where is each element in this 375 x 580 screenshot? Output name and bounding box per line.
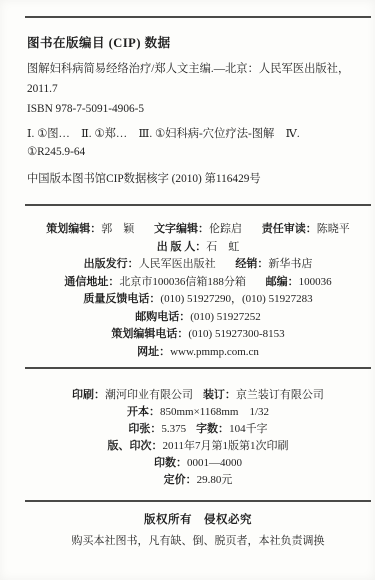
cip-registry-number: 中国版本图书馆CIP数据核字 (2010) 第116429号	[27, 170, 261, 186]
info-row: 邮购电话：(010) 51927252	[25, 309, 371, 327]
info-label: 策划编辑电话：	[111, 328, 188, 340]
info-label: 策划编辑：	[46, 223, 101, 235]
cip-description: 图解妇科病简易经络治疗/郑人文主编.—北京：人民军医出版社，2011.7ISBN…	[27, 59, 371, 119]
info-value: 陈晓平	[317, 223, 350, 235]
info-label: 经销：	[235, 258, 268, 270]
info-value: 0001—4000	[187, 457, 242, 469]
info-label: 装订：	[203, 389, 236, 401]
info-label: 出 版 人：	[157, 241, 207, 253]
info-pair: 邮编：100036	[266, 276, 332, 288]
info-label: 通信地址：	[64, 276, 119, 288]
printing-info: 印刷：潮河印业有限公司装订：京兰装订有限公司开本：850mm×1168mm 1/…	[25, 387, 371, 489]
info-row: 定价：29.80元	[25, 472, 371, 489]
info-row: 印张：5.375字数：104千字	[25, 421, 371, 438]
info-pair: 质量反馈电话：(010) 51927290，(010) 51927283	[83, 293, 312, 305]
info-value: www.pmmp.com.cn	[170, 346, 259, 358]
publication-info: 策划编辑：郭 颖文字编辑：伦踪启责任审读：陈晓平出 版 人：石 虹出版发行：人民…	[25, 221, 371, 361]
cip-heading: 图书在版编目 (CIP) 数据	[27, 33, 171, 51]
info-value: 2011年7月第1版第1次印刷	[162, 440, 288, 452]
info-row: 质量反馈电话：(010) 51927290，(010) 51927283	[25, 291, 371, 309]
info-pair: 装订：京兰装订有限公司	[203, 389, 324, 401]
divider-copyright-top	[25, 500, 371, 502]
info-label: 网址：	[137, 346, 170, 358]
text-line: Ⅰ. ①图… Ⅱ. ①郑… Ⅲ. ①妇科病-穴位疗法-图解 Ⅳ.	[27, 126, 371, 144]
info-label: 印张：	[128, 423, 161, 435]
text-line: ISBN 978-7-5091-4906-5	[27, 99, 371, 119]
info-pair: 文字编辑：伦踪启	[154, 223, 242, 235]
text-line: 图解妇科病简易经络治疗/郑人文主编.—北京：人民军医出版社，	[27, 59, 371, 79]
info-pair: 字数：104千字	[196, 423, 268, 435]
copyright-page: 图书在版编目 (CIP) 数据 图解妇科病简易经络治疗/郑人文主编.—北京：人民…	[0, 0, 375, 580]
info-pair: 印数：0001—4000	[154, 457, 242, 469]
info-value: 石 虹	[206, 241, 239, 253]
info-value: (010) 51927252	[190, 311, 261, 323]
divider-publication-bottom	[25, 367, 371, 369]
info-label: 责任审读：	[262, 223, 317, 235]
info-value: 新华书店	[268, 258, 312, 270]
info-row: 策划编辑：郭 颖文字编辑：伦踪启责任审读：陈晓平	[25, 221, 371, 239]
divider-cip-bottom	[25, 204, 371, 206]
info-value: (010) 51927300-8153	[188, 328, 284, 340]
replacement-note: 购买本社图书，凡有缺、倒、脱页者，本社负责调换	[25, 532, 371, 548]
cip-classification: Ⅰ. ①图… Ⅱ. ①郑… Ⅲ. ①妇科病-穴位疗法-图解 Ⅳ.①R245.9-…	[27, 126, 371, 161]
info-row: 开本：850mm×1168mm 1/32	[25, 404, 371, 421]
info-label: 定价：	[164, 474, 197, 486]
info-value: 850mm×1168mm 1/32	[160, 406, 269, 418]
info-label: 邮购电话：	[135, 311, 190, 323]
info-row: 网址：www.pmmp.com.cn	[25, 344, 371, 362]
info-label: 邮编：	[266, 276, 299, 288]
divider-top	[25, 16, 371, 18]
info-pair: 经销：新华书店	[235, 258, 312, 270]
info-pair: 通信地址：北京市100036信箱188分箱	[64, 276, 246, 288]
info-pair: 邮购电话：(010) 51927252	[135, 311, 261, 323]
info-label: 印刷：	[72, 389, 105, 401]
info-row: 出版发行：人民军医出版社经销：新华书店	[25, 256, 371, 274]
info-label: 字数：	[196, 423, 229, 435]
info-pair: 版、印次：2011年7月第1版第1次印刷	[107, 440, 288, 452]
info-value: 104千字	[229, 423, 268, 435]
info-value: 5.375	[161, 423, 186, 435]
text-line: 2011.7	[27, 79, 371, 99]
info-pair: 策划编辑：郭 颖	[46, 223, 134, 235]
info-row: 印刷：潮河印业有限公司装订：京兰装订有限公司	[25, 387, 371, 404]
info-pair: 定价：29.80元	[164, 474, 233, 486]
info-row: 出 版 人：石 虹	[25, 239, 371, 257]
info-pair: 策划编辑电话：(010) 51927300-8153	[111, 328, 284, 340]
info-pair: 出版发行：人民军医出版社	[84, 258, 216, 270]
info-row: 通信地址：北京市100036信箱188分箱邮编：100036	[25, 274, 371, 292]
info-pair: 责任审读：陈晓平	[262, 223, 350, 235]
info-value: 潮河印业有限公司	[105, 389, 193, 401]
info-value: 京兰装订有限公司	[236, 389, 324, 401]
info-label: 文字编辑：	[154, 223, 209, 235]
info-label: 版、印次：	[107, 440, 162, 452]
text-line: ①R245.9-64	[27, 144, 371, 162]
info-label: 印数：	[154, 457, 187, 469]
info-value: 29.80元	[197, 474, 233, 486]
info-row: 策划编辑电话：(010) 51927300-8153	[25, 326, 371, 344]
info-pair: 印刷：潮河印业有限公司	[72, 389, 193, 401]
copyright-notice: 版权所有 侵权必究	[25, 511, 371, 527]
info-value: 人民军医出版社	[139, 258, 216, 270]
info-pair: 开本：850mm×1168mm 1/32	[127, 406, 269, 418]
info-row: 版、印次：2011年7月第1版第1次印刷	[25, 438, 371, 455]
info-pair: 网址：www.pmmp.com.cn	[137, 346, 259, 358]
info-value: 北京市100036信箱188分箱	[119, 276, 246, 288]
info-label: 出版发行：	[84, 258, 139, 270]
info-value: (010) 51927290，(010) 51927283	[160, 293, 312, 305]
info-value: 郭 颖	[101, 223, 134, 235]
info-label: 质量反馈电话：	[83, 293, 160, 305]
info-pair: 出 版 人：石 虹	[157, 241, 240, 253]
info-row: 印数：0001—4000	[25, 455, 371, 472]
info-label: 开本：	[127, 406, 160, 418]
info-value: 伦踪启	[209, 223, 242, 235]
info-pair: 印张：5.375	[128, 423, 186, 435]
info-value: 100036	[299, 276, 332, 288]
